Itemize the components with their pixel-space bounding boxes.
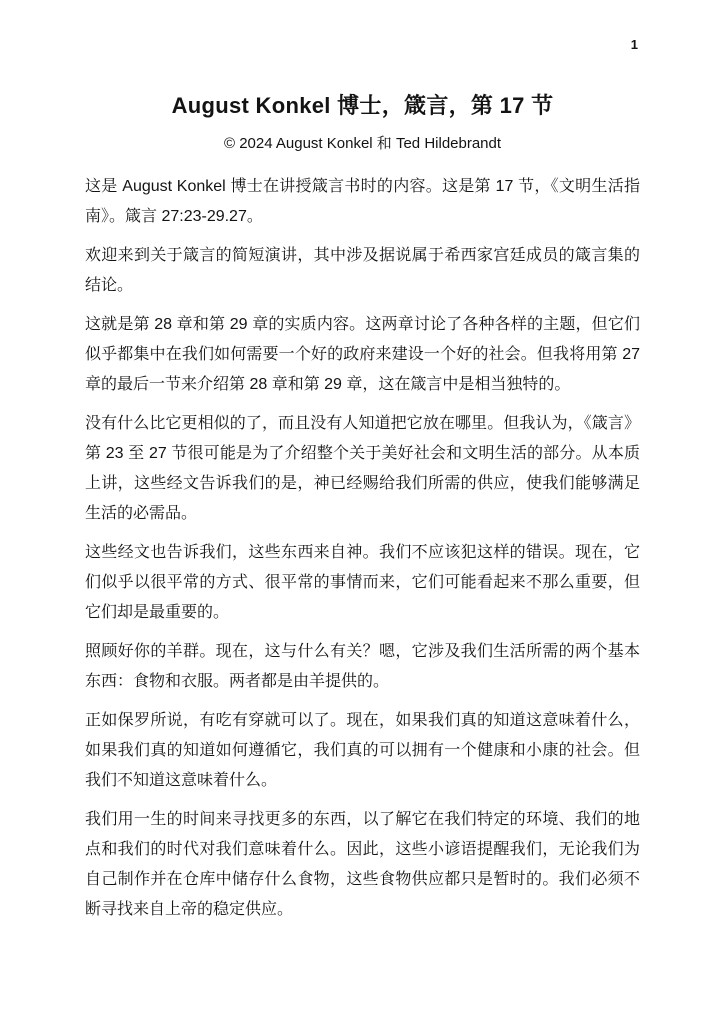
- paragraph: 正如保罗所说，有吃有穿就可以了。现在，如果我们真的知道这意味着什么，如果我们真的…: [85, 706, 640, 796]
- paragraph: 这就是第 28 章和第 29 章的实质内容。这两章讨论了各种各样的主题，但它们似…: [85, 310, 640, 400]
- document-page: 1 August Konkel 博士，箴言，第 17 节 © 2024 Augu…: [0, 0, 724, 1024]
- paragraph: 我们用一生的时间来寻找更多的东西，以了解它在我们特定的环境、我们的地点和我们的时…: [85, 805, 640, 925]
- document-body: 这是 August Konkel 博士在讲授箴言书时的内容。这是第 17 节，《…: [85, 172, 640, 925]
- document-title: August Konkel 博士，箴言，第 17 节: [85, 92, 640, 120]
- paragraph: 欢迎来到关于箴言的简短演讲，其中涉及据说属于希西家宫廷成员的箴言集的结论。: [85, 241, 640, 301]
- paragraph: 这些经文也告诉我们，这些东西来自神。我们不应该犯这样的错误。现在，它们似乎以很平…: [85, 538, 640, 628]
- paragraph: 没有什么比它更相似的了，而且没有人知道把它放在哪里。但我认为，《箴言》第 23 …: [85, 409, 640, 529]
- page-number: 1: [85, 38, 640, 52]
- paragraph: 照顾好你的羊群。现在，这与什么有关？嗯，它涉及我们生活所需的两个基本东西：食物和…: [85, 637, 640, 697]
- paragraph: 这是 August Konkel 博士在讲授箴言书时的内容。这是第 17 节，《…: [85, 172, 640, 232]
- copyright-line: © 2024 August Konkel 和 Ted Hildebrandt: [85, 135, 640, 153]
